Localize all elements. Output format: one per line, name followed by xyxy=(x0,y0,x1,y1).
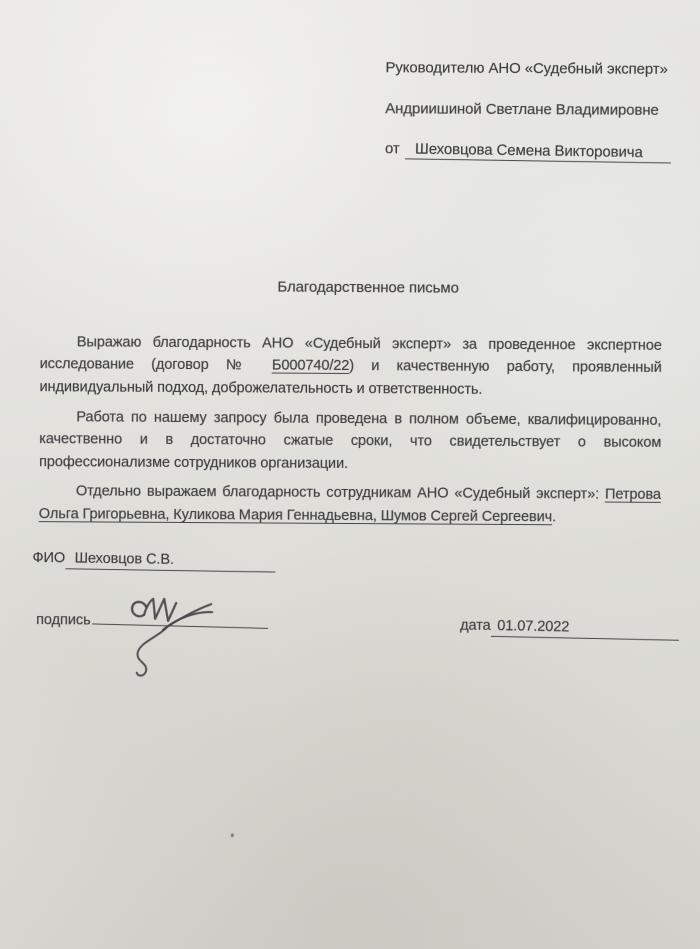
body-paragraph-1: Выражаю благодарность АНО «Судебный эксп… xyxy=(39,331,661,402)
date-value: 01.07.2022 xyxy=(491,617,679,641)
fio-row: ФИОШеховцов С.В. xyxy=(32,549,275,570)
recipient-block: Руководителю АНО «Судебный эксперт» Андр… xyxy=(385,48,671,171)
from-name: Шеховцова Семена Викторовича xyxy=(405,139,671,163)
paragraph-3-text-pre: Отдельно выражаем благодарность сотрудни… xyxy=(76,484,605,503)
date-row: дата01.07.2022 xyxy=(460,617,679,638)
fio-label: ФИО xyxy=(32,550,65,566)
paragraph-3-text-post: . xyxy=(552,509,556,525)
recipient-line-2: Андриишиной Светлане Владимировне xyxy=(385,89,671,131)
letter-body: Выражаю благодарность АНО «Судебный эксп… xyxy=(39,331,662,537)
date-label: дата xyxy=(460,618,491,634)
letter-title: Благодарственное письмо xyxy=(35,277,700,298)
photographed-letter: Руководителю АНО «Судебный эксперт» Андр… xyxy=(0,0,700,949)
paper-speck xyxy=(231,833,234,837)
contract-number: Б000740/22 xyxy=(272,358,349,374)
body-paragraph-3: Отдельно выражаем благодарность сотрудни… xyxy=(39,481,661,530)
recipient-line-1: Руководителю АНО «Судебный эксперт» xyxy=(385,48,671,90)
body-paragraph-2: Работа по нашему запросу была проведена … xyxy=(39,406,661,477)
from-label: от xyxy=(385,140,400,157)
from-line: отШеховцова Семена Викторовича xyxy=(385,129,671,171)
signature-label: подпись xyxy=(36,612,91,628)
letter-content: Руководителю АНО «Судебный эксперт» Андр… xyxy=(0,0,700,949)
handwritten-signature xyxy=(119,588,232,683)
fio-value: Шеховцов С.В. xyxy=(65,549,275,572)
